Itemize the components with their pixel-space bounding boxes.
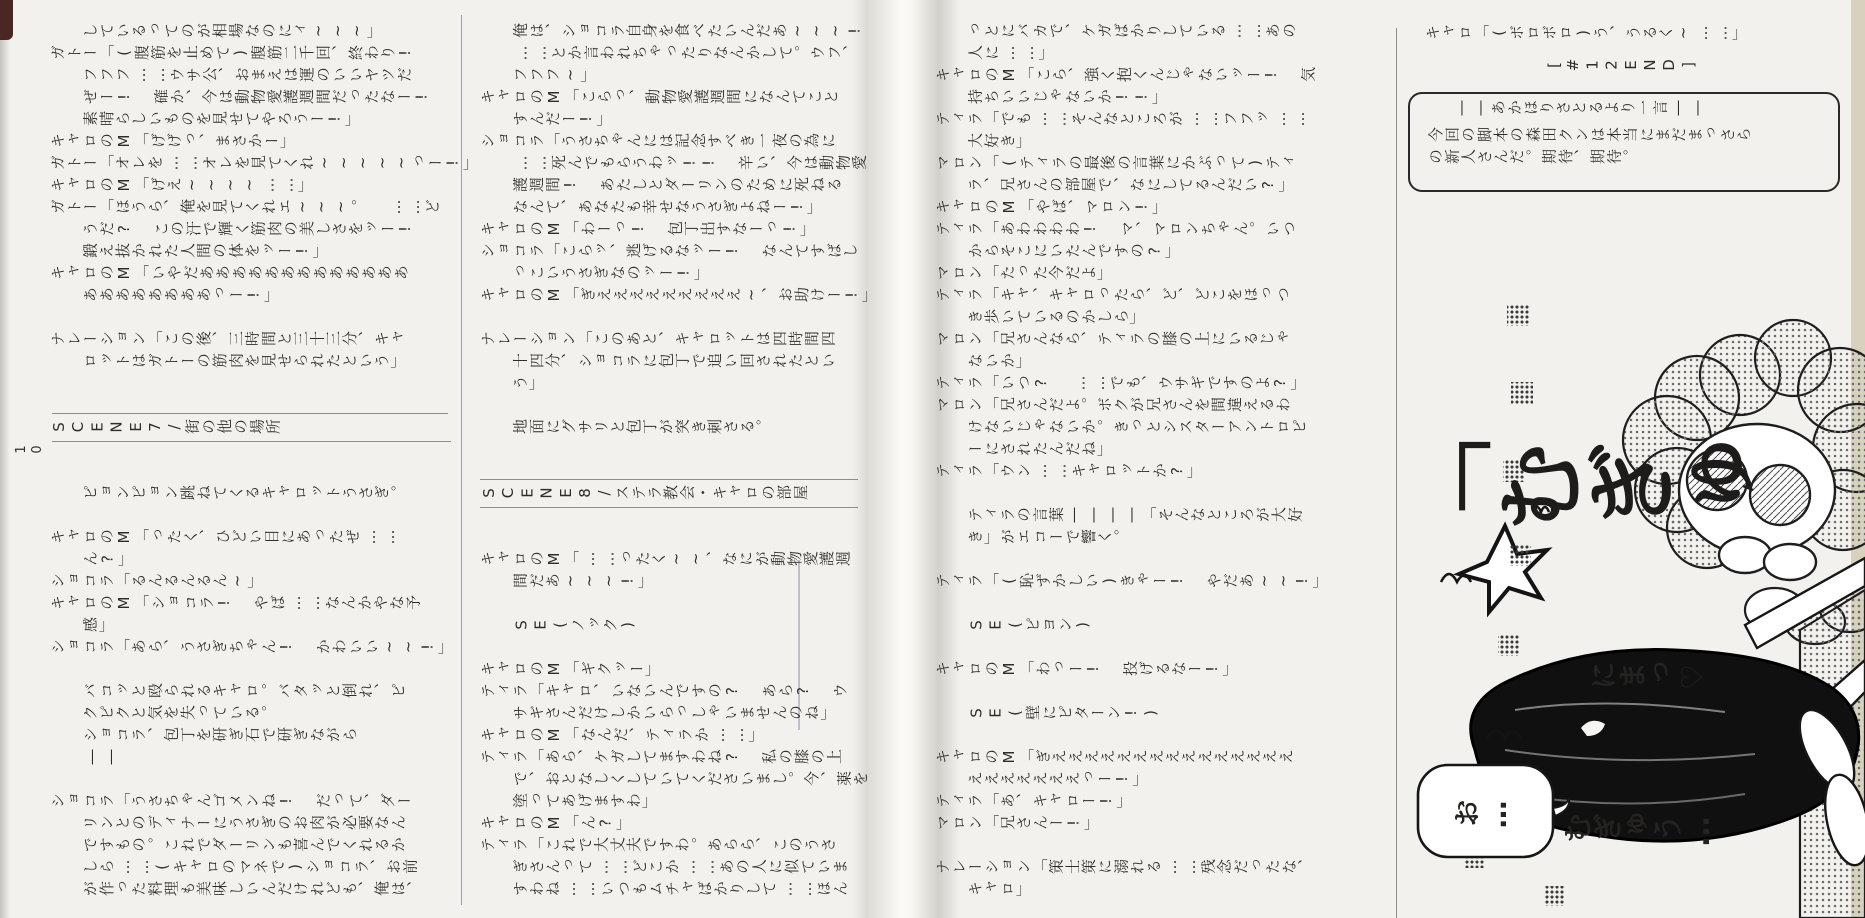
end-tag: [#12END]	[1545, 54, 1705, 76]
hand-right	[1764, 544, 1816, 580]
afterword-body: 今回の脚本の森田クンは本当にまだまっさら の新人さんだ。期待、期待。	[1428, 124, 1824, 172]
script-column-2: 俺は、ショコラ自身を食べたいんだあ~~~! ……とか言われちゃったりなんかして。…	[480, 20, 860, 900]
column-divider-left-page	[461, 15, 462, 905]
scanned-script-spread: 10 しているってのが相場なのにィ~~~」 ガトー「(腹筋を止めて)腹筋二千回、…	[0, 0, 1865, 918]
corner-scan-speck	[0, 0, 13, 40]
bubble-text: お…	[1452, 790, 1528, 848]
script-column-1: しているってのが相場なのにィ~~~」 ガトー「(腹筋を止めて)腹筋二千回、終わり…	[50, 20, 454, 900]
left-edge-shadow	[0, 0, 10, 918]
afterword-title: ――あかほりさとるより一言――	[1452, 97, 1820, 121]
page-number: 10	[14, 440, 40, 460]
script-column-3: っとにバカで、ケガばかりしている……あの 人に……」 キャロのM「こら、強く抱く…	[935, 20, 1393, 900]
sfx-squeeze-handwriting: むぎゅう…	[1562, 808, 1762, 862]
caro-final-line: キャロ「(ボロボロ)う、うるく~……」	[1425, 22, 1725, 46]
sfx-grin-handwriting: にまっ♡	[1588, 656, 1706, 700]
